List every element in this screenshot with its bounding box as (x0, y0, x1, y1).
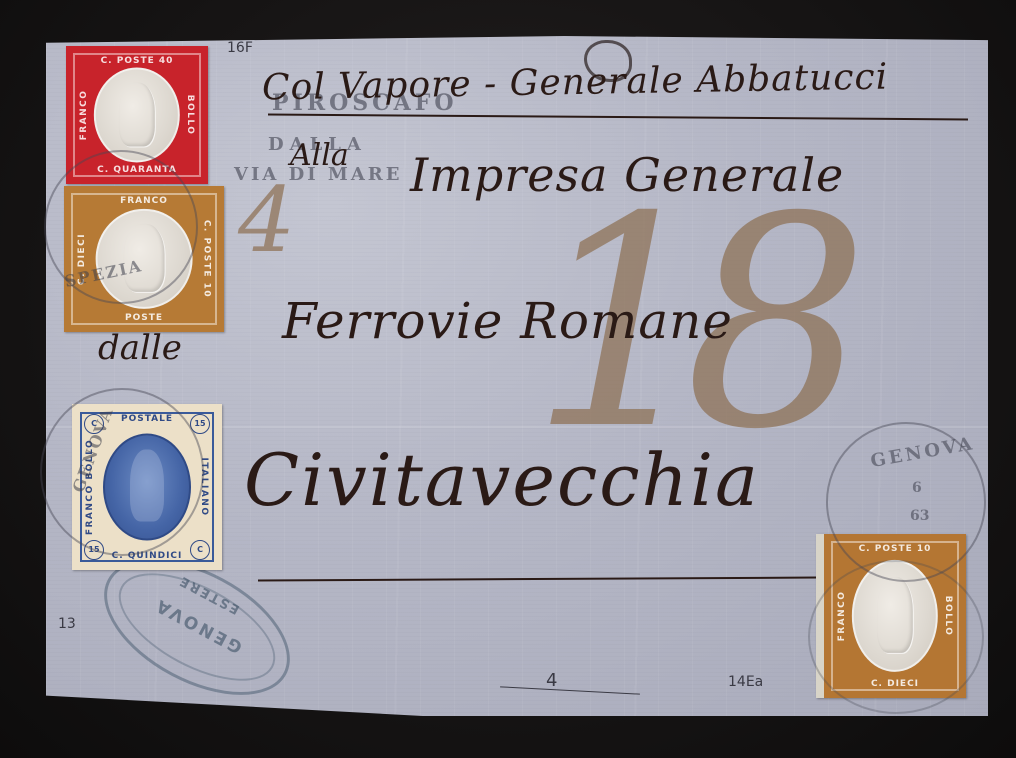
postmark-genova-right: GENOVA 6 63 (826, 422, 986, 582)
postmark-tie-ring (808, 560, 984, 714)
postmark-text: GENOVA (869, 433, 976, 472)
postmark-genova-left: GENOVA (40, 388, 204, 556)
stamp-right-label: C. POSTE 10 (201, 220, 211, 298)
stamp-top-label: C. POSTE 40 (66, 56, 208, 66)
postmark-year: 63 (910, 508, 929, 524)
pencil-note-bottom-right: 14Ea (728, 674, 763, 690)
portrait-head (119, 82, 155, 146)
address-via: Col Vapore (262, 64, 472, 109)
address-to: Alla (290, 138, 349, 173)
address-railway: Ferrovie Romane (282, 292, 733, 350)
postmark-text: GENOVA (69, 404, 118, 495)
postmark-date: 6 (912, 480, 922, 496)
postmark-text: SPEZIA (63, 256, 145, 291)
stamp-right-label: BOLLO (185, 95, 195, 136)
embossed-portrait-icon (94, 67, 180, 162)
pencil-note-bottom-left: 13 (58, 616, 76, 632)
stamp-bottom-label: POSTE (64, 313, 224, 323)
address-city: Civitavecchia (244, 438, 760, 522)
stamp-left-label: FRANCO (79, 90, 89, 141)
address-firm: Impresa Generale (410, 148, 844, 202)
stamp-bottom-label: C. QUINDICI (72, 551, 222, 561)
pencil-note-top: 16F (227, 40, 253, 56)
address-separator: - (484, 63, 498, 104)
address-dalle: dalle (98, 328, 182, 368)
address-addressee: Generale Abbatucci (509, 57, 888, 105)
postmark-spezia: SPEZIA (44, 150, 198, 304)
